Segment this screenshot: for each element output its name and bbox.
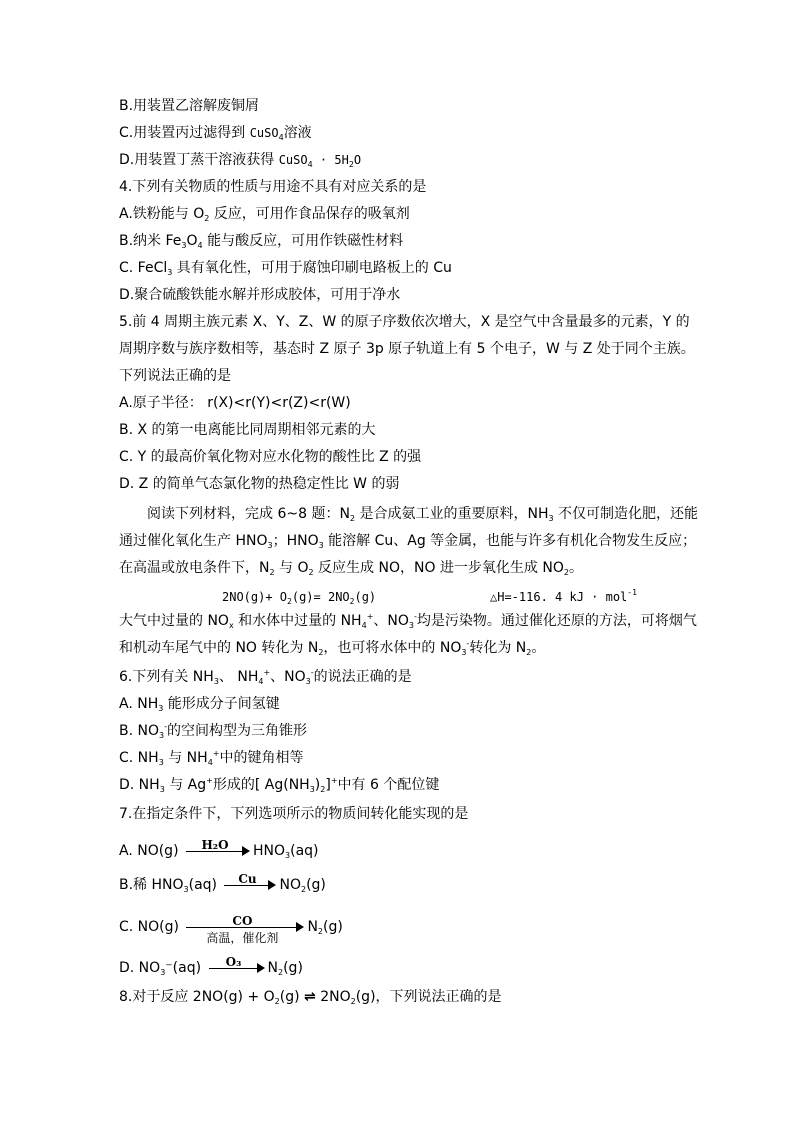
text: 能与酸反应，可用作铁磁性材料 (203, 233, 403, 249)
subscript: 3 (306, 677, 311, 686)
text: 8.对于反应 2NO(g) + O (119, 989, 275, 1005)
q6-stem: 6.下列有关 NH3、 NH4+、NO3-的说法正确的是 (119, 668, 412, 686)
text: A. NH (119, 696, 158, 712)
text: C. FeCl (119, 260, 167, 276)
q6-option-c: C. NH3 与 NH4+中的键角相等 (119, 749, 303, 767)
q7-stem: 7.在指定条件下，下列选项所示的物质间转化能实现的是 (119, 805, 468, 823)
reactant: D. NO (119, 960, 160, 976)
text: 2NO (316, 989, 351, 1005)
text: (g)，下列说法正确的是 (356, 989, 502, 1005)
text: 能溶解 Cu、Ag 等金属，也能与许多有机化合物发生反应； (324, 533, 696, 549)
reaction-arrow-icon: O₃ (209, 959, 265, 977)
formula: · 5H (313, 153, 349, 167)
formula: CuSO (279, 153, 308, 167)
q5-option-a: A.原子半径： r(X)<r(Y)<r(Z)<r(W) (119, 394, 351, 412)
text: (g) (323, 919, 343, 935)
text: (g) (354, 590, 376, 604)
text: C. Y 的最高价氧化物对应水化物的酸性比 Z 的强 (119, 449, 421, 465)
product: HNO (253, 843, 285, 859)
q4-option-a: A.铁粉能与 O2 反应，可用作食品保存的吸氧剂 (119, 205, 410, 223)
text: 均是污染物。通过催化还原的方法，可将烟气 (417, 613, 697, 629)
subscript: 3 (159, 731, 164, 740)
subscript: 4 (208, 758, 213, 767)
q6-option-a: A. NH3 能形成分子间氢键 (119, 695, 280, 713)
reaction-arrow-icon: CO高温，催化剂 (186, 918, 304, 936)
material-line2: 通过催化氧化生产 HNO3；HNO3 能溶解 Cu、Ag 等金属，也能与许多有机… (119, 532, 696, 550)
text: C. NH (119, 750, 159, 766)
q5-stem-line3: 下列说法正确的是 (119, 367, 231, 385)
text: 是合成氨工业的重要原料，NH (355, 506, 548, 522)
text: 和机动车尾气中的 NO 转化为 N (119, 640, 318, 656)
text: △H=-116. 4 kJ · mol (490, 590, 627, 604)
q4-option-b: B.纳米 Fe3O4 能与酸反应，可用作铁磁性材料 (119, 232, 403, 250)
enthalpy-change: △H=-116. 4 kJ · mol-1 (490, 588, 637, 606)
q7-option-b: B.稀 HNO3(aq) CuNO2(g) (119, 876, 326, 894)
superscript: + (206, 776, 213, 785)
text: 5.前 4 周期主族元素 X、Y、Z、W 的原子序数依次增大，X 是空气中含量最… (119, 314, 690, 330)
q5-stem-line1: 5.前 4 周期主族元素 X、Y、Z、W 的原子序数依次增大，X 是空气中含量最… (119, 313, 690, 331)
text: C.用装置丙过滤得到 (119, 125, 250, 141)
text: (aq) (189, 877, 217, 893)
text: 通过催化氧化生产 HNO (119, 533, 267, 549)
text: 。 (531, 640, 545, 656)
text: 不仅可制造化肥，还能 (554, 506, 698, 522)
text: 溶液 (284, 125, 312, 141)
text: 在高温或放电条件下，N (119, 560, 269, 576)
text: D.用装置丁蒸干溶液获得 (119, 152, 279, 168)
text: (g) (306, 877, 326, 893)
reactant: C. NO(g) (119, 919, 179, 935)
q5-option-c: C. Y 的最高价氧化物对应水化物的酸性比 Z 的强 (119, 448, 421, 466)
q6-option-b: B. NO3-的空间构型为三角锥形 (119, 722, 307, 740)
superscript: -1 (627, 588, 637, 597)
text: 大气中过量的 NO (119, 613, 229, 629)
q4-stem: 4.下列有关物质的性质与用途不具有对应关系的是 (119, 178, 426, 196)
text: 的空间构型为三角锥形 (167, 723, 307, 739)
text: B. NO (119, 723, 159, 739)
arrow-condition-below: 高温，催化剂 (186, 929, 298, 947)
text: 形成的[ Ag(NH (213, 777, 310, 793)
text: 和水体中过量的 NH (234, 613, 362, 629)
q3-option-b: B.用装置乙溶解废铜屑 (119, 97, 259, 115)
q4-option-c: C. FeCl3 具有氧化性，可用于腐蚀印刷电路板上的 Cu (119, 259, 452, 277)
q7-option-a: A. NO(g) H₂OHNO3(aq) (119, 842, 319, 860)
text: (g) (280, 989, 304, 1005)
thermochemical-equation: 2NO(g)+ O2(g)= 2NO2(g) (222, 588, 376, 606)
text: D. NH (119, 777, 160, 793)
text: A.原子半径： r(X)<r(Y)<r(Z)<r(W) (119, 395, 351, 411)
text: 。 (569, 560, 583, 576)
text: 6.下列有关 NH (119, 669, 214, 685)
q5-option-d: D. Z 的简单气态氯化物的热稳定性比 W 的弱 (119, 475, 399, 493)
superscript: + (331, 776, 338, 785)
text: 、NO (373, 613, 409, 629)
text: 下列说法正确的是 (119, 368, 231, 384)
text: 7.在指定条件下，下列选项所示的物质间转化能实现的是 (119, 806, 468, 822)
product: N (268, 960, 278, 976)
q3-option-b-text: B.用装置乙溶解废铜屑 (119, 98, 259, 114)
equilibrium-arrow-icon: ⇌ (304, 989, 316, 1005)
product: N (307, 919, 317, 935)
subscript: 4 (362, 621, 367, 630)
subscript: 3 (461, 648, 466, 657)
text: D. Z 的简单气态氯化物的热稳定性比 W 的弱 (119, 476, 399, 492)
product: NO (279, 877, 301, 893)
text: O (187, 233, 198, 249)
reactant: A. NO(g) (119, 843, 179, 859)
material-line5: 和机动车尾气中的 NO 转化为 N2，也可将水体中的 NO3-转化为 N2。 (119, 639, 545, 657)
text: 具有氧化性，可用于腐蚀印刷电路板上的 Cu (172, 260, 452, 276)
text: ，也可将水体中的 NO (323, 640, 461, 656)
text: 阅读下列材料，完成 6~8 题：N (147, 506, 350, 522)
material-line4: 大气中过量的 NOx 和水体中过量的 NH4+、NO3-均是污染物。通过催化还原… (119, 612, 697, 630)
text: (g)= 2NO (292, 590, 350, 604)
q8-stem: 8.对于反应 2NO(g) + O2(g) ⇌ 2NO2(g)，下列说法正确的是 (119, 988, 502, 1006)
text: 2NO(g)+ O (222, 590, 287, 604)
text: 与 Ag (165, 777, 206, 793)
q5-stem-line2: 周期序数与族序数相等，基态时 Z 原子 3p 原子轨道上有 5 个电子，W 与 … (119, 340, 695, 358)
text: 中有 6 个配位键 (338, 777, 440, 793)
reactant: B.稀 HNO (119, 877, 184, 893)
q3-option-c: C.用装置丙过滤得到 CuSO4溶液 (119, 124, 312, 142)
text: 周期序数与族序数相等，基态时 Z 原子 3p 原子轨道上有 5 个电子，W 与 … (119, 341, 695, 357)
text: 与 O (275, 560, 309, 576)
q7-option-c: C. NO(g) CO高温，催化剂N2(g) (119, 918, 343, 936)
text: D.聚合硫酸铁能水解并形成胶体，可用于净水 (119, 287, 400, 303)
text: 转化为 N (469, 640, 526, 656)
text: 、 NH (219, 669, 258, 685)
text: 与 NH (164, 750, 208, 766)
subscript: 4 (258, 677, 263, 686)
q4-option-d: D.聚合硫酸铁能水解并形成胶体，可用于净水 (119, 286, 400, 304)
text: (g) (283, 960, 303, 976)
text: A.铁粉能与 O (119, 206, 204, 222)
text: ；HNO (273, 533, 319, 549)
text: 、NO (270, 669, 306, 685)
subscript: 3 (409, 621, 414, 630)
text: (aq) (290, 843, 318, 859)
reaction-arrow-icon: Cu (224, 876, 276, 894)
q6-option-d: D. NH3 与 Ag+形成的[ Ag(NH3)2]+中有 6 个配位键 (119, 776, 439, 794)
formula: O (354, 153, 361, 167)
text: ⁻(aq) (165, 960, 201, 976)
text: 的说法正确的是 (314, 669, 412, 685)
reaction-arrow-icon: H₂O (186, 842, 250, 860)
text: 反应生成 NO，NO 进一步氧化生成 NO (314, 560, 564, 576)
q3-option-d: D.用装置丁蒸干溶液获得 CuSO4 · 5H2O (119, 151, 361, 169)
text: B.纳米 Fe (119, 233, 181, 249)
text: 反应，可用作食品保存的吸氧剂 (209, 206, 409, 222)
text: B. X 的第一电离能比同周期相邻元素的大 (119, 422, 376, 438)
text: 中的键角相等 (219, 750, 303, 766)
q7-option-d: D. NO3⁻(aq) O₃N2(g) (119, 959, 303, 977)
material-line3: 在高温或放电条件下，N2 与 O2 反应生成 NO，NO 进一步氧化生成 NO2… (119, 559, 583, 577)
formula: CuSO (250, 126, 279, 140)
text: 能形成分子间氢键 (163, 696, 279, 712)
text: 4.下列有关物质的性质与用途不具有对应关系的是 (119, 179, 426, 195)
material-line1: 阅读下列材料，完成 6~8 题：N2 是合成氨工业的重要原料，NH3 不仅可制造… (119, 505, 698, 523)
q5-option-b: B. X 的第一电离能比同周期相邻元素的大 (119, 421, 376, 439)
